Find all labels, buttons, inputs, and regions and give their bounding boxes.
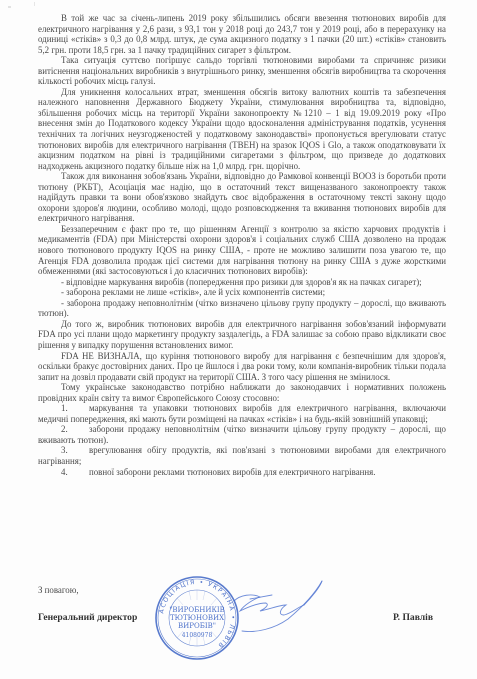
signatory-title: Генеральний директор [38, 612, 137, 623]
svg-text:41080978: 41080978 [182, 632, 213, 639]
svg-text:ВИРОБІВ": ВИРОБІВ" [178, 622, 216, 630]
restriction-item: - відповідне маркування виробів (поперед… [38, 277, 446, 288]
item-text: врегулювання обігу продуктів, які пов'яз… [38, 445, 446, 466]
scan-speck [34, 2, 35, 6]
paragraph-import-volumes: В той же час за січень-липень 2019 року … [38, 13, 446, 55]
restriction-item: - заборона реклами не лише «стіків», але… [38, 287, 446, 298]
item-text: маркування та упаковки тютюнових виробів… [38, 403, 446, 424]
letter-body: В той же час за січень-липень 2019 року … [38, 13, 446, 477]
closing-salutation: З повагою, [38, 585, 79, 595]
numbered-item: 1.маркування та упаковки тютюнових вироб… [38, 403, 446, 424]
paragraph-fda-not-recognized: FDA НЕ ВИЗНАЛА, що куріння тютюнового ви… [38, 351, 446, 383]
paragraph-fctc: Також для виконання зобов'язань України,… [38, 171, 446, 224]
item-text: повної заборони реклами тютюнових виробі… [89, 467, 375, 477]
paragraph-fda-decision: Беззаперечним є факт про те, що рішенням… [38, 224, 446, 277]
item-text: заборони продажу неповнолітнім (чітко ви… [38, 424, 446, 445]
paragraph-marketing: До того ж, виробник тютюнових виробів дл… [38, 319, 446, 351]
signatory-name: Р. Павлів [393, 612, 433, 623]
item-number: 3. [61, 445, 89, 456]
restriction-item: - заборона продажу неповнолітнім (чітко … [38, 298, 446, 319]
paragraph-bill-1210: Для уникнення колосальних втрат, зменшен… [38, 87, 446, 171]
paragraph-eu-harmonization: Тому українське законодавство потрібно н… [38, 382, 446, 403]
item-number: 1. [61, 403, 89, 414]
numbered-item: 4.повної заборони реклами тютюнових виро… [38, 467, 446, 478]
numbered-item: 3.врегулювання обігу продуктів, які пов'… [38, 445, 446, 466]
paragraph-trade-balance: Така ситуація суттєво погіршує сальдо то… [38, 55, 446, 87]
item-number: 4. [61, 467, 89, 478]
handwritten-signature-icon [230, 575, 325, 635]
item-number: 2. [61, 424, 89, 435]
svg-text:ТЮТЮНОВИХ: ТЮТЮНОВИХ [170, 614, 224, 622]
numbered-item: 2.заборони продажу неповнолітнім (чітко … [38, 424, 446, 445]
scan-speck [8, 6, 11, 8]
stamp-seal-icon: АСОЦІАЦІЯ • УКРАЇНА • ЛЬВІВ "ВИРОБНИКІВ … [154, 575, 240, 661]
svg-text:"ВИРОБНИКІВ: "ВИРОБНИКІВ [169, 606, 225, 614]
